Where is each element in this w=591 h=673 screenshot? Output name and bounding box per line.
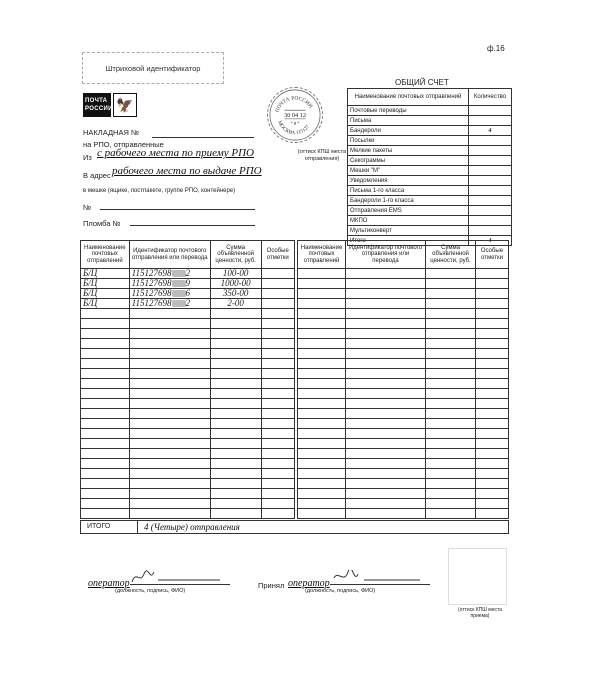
table-cell[interactable] [129, 499, 210, 509]
table-cell[interactable] [210, 499, 261, 509]
table-cell[interactable] [476, 389, 509, 399]
table-row [298, 349, 509, 359]
table-cell[interactable] [210, 349, 261, 359]
table-cell[interactable] [210, 479, 261, 489]
table-cell[interactable] [129, 389, 210, 399]
table-cell[interactable] [81, 409, 130, 419]
table-cell[interactable] [298, 369, 346, 379]
table-cell[interactable] [298, 379, 346, 389]
table-cell[interactable] [261, 509, 295, 519]
table-cell[interactable] [476, 299, 509, 309]
table-cell[interactable] [261, 419, 295, 429]
to-field[interactable]: рабочего места по выдаче РПО [112, 165, 272, 177]
table-cell[interactable] [426, 279, 476, 289]
table-cell[interactable] [81, 449, 130, 459]
total-row: ИТОГО 4 (Четыре) отправления [80, 520, 509, 534]
table-cell[interactable] [261, 409, 295, 419]
table-cell[interactable] [346, 339, 426, 349]
table-cell[interactable] [129, 319, 210, 329]
table-cell[interactable] [129, 359, 210, 369]
table-cell[interactable] [210, 309, 261, 319]
table-cell[interactable] [81, 429, 130, 439]
summary-row-name: МКПО [348, 216, 469, 226]
table-cell[interactable] [210, 359, 261, 369]
shipment-id[interactable]: 1151276982 [129, 299, 210, 309]
table-cell[interactable] [261, 309, 295, 319]
table-cell[interactable] [298, 279, 346, 289]
summary-row-qty[interactable] [469, 146, 512, 156]
total-value: 4 (Четыре) отправления [138, 521, 240, 533]
table-row [81, 459, 295, 469]
table-cell[interactable] [346, 299, 426, 309]
sender-caption: (должность, подпись, ФИО) [115, 588, 185, 594]
table-cell[interactable] [346, 419, 426, 429]
grid-col-header: Наименование почтовых отправлений [298, 241, 346, 269]
table-cell[interactable] [129, 459, 210, 469]
table-row: Б/Ц1151276986350-00 [81, 289, 295, 299]
shipment-id[interactable]: 1151276986 [129, 289, 210, 299]
table-cell[interactable] [129, 399, 210, 409]
table-cell[interactable] [129, 489, 210, 499]
summary-row: Секограммы [348, 156, 512, 166]
special-notes[interactable] [261, 269, 295, 279]
table-cell[interactable] [426, 459, 476, 469]
table-row [81, 319, 295, 329]
seal-label: Пломба № [83, 219, 121, 228]
table-row [298, 309, 509, 319]
table-cell[interactable] [426, 399, 476, 409]
table-cell[interactable] [129, 349, 210, 359]
table-cell[interactable] [81, 419, 130, 429]
table-row [298, 389, 509, 399]
table-cell[interactable] [261, 489, 295, 499]
signature-scribble-icon [130, 570, 230, 584]
shipment-type[interactable]: Б/Ц [81, 269, 130, 279]
table-cell[interactable] [210, 419, 261, 429]
table-cell[interactable] [81, 509, 130, 519]
table-cell[interactable] [129, 369, 210, 379]
grid-col-header: Наименование почтовых отправлений [81, 241, 130, 269]
table-cell[interactable] [210, 319, 261, 329]
table-cell[interactable] [81, 489, 130, 499]
redacted-digits [172, 290, 186, 297]
table-cell[interactable] [346, 279, 426, 289]
table-cell[interactable] [81, 499, 130, 509]
table-cell[interactable] [476, 369, 509, 379]
grid-col-header: Особые отметки [476, 241, 509, 269]
to-label: В адрес [83, 171, 111, 180]
table-row [298, 379, 509, 389]
table-cell[interactable] [476, 459, 509, 469]
table-cell[interactable] [81, 479, 130, 489]
table-cell[interactable] [298, 319, 346, 329]
table-cell[interactable] [298, 299, 346, 309]
table-cell[interactable] [346, 309, 426, 319]
table-cell[interactable] [261, 389, 295, 399]
table-row [298, 299, 509, 309]
table-cell[interactable] [298, 439, 346, 449]
table-cell[interactable] [346, 289, 426, 299]
table-cell[interactable] [426, 479, 476, 489]
table-cell[interactable] [476, 339, 509, 349]
table-cell[interactable] [426, 499, 476, 509]
table-row [81, 489, 295, 499]
redacted-digits [172, 280, 186, 287]
table-cell[interactable] [81, 359, 130, 369]
table-cell[interactable] [81, 329, 130, 339]
table-cell[interactable] [346, 329, 426, 339]
table-cell[interactable] [476, 359, 509, 369]
table-cell[interactable] [298, 389, 346, 399]
summary-row-qty[interactable] [469, 176, 512, 186]
summary-row-name: Мультиконверт [348, 226, 469, 236]
table-cell[interactable] [298, 269, 346, 279]
summary-col-name: Наименование почтовых отправлений [348, 89, 469, 106]
table-cell[interactable] [210, 339, 261, 349]
table-cell[interactable] [261, 399, 295, 409]
table-cell[interactable] [261, 469, 295, 479]
table-cell[interactable] [346, 349, 426, 359]
table-row [81, 449, 295, 459]
summary-row-qty[interactable] [469, 166, 512, 176]
special-notes[interactable] [261, 289, 295, 299]
logo-text: ПОЧТА РОССИИ [83, 93, 111, 117]
table-cell[interactable] [426, 469, 476, 479]
table-cell[interactable] [261, 379, 295, 389]
table-cell[interactable] [476, 379, 509, 389]
table-cell[interactable] [210, 489, 261, 499]
table-cell[interactable] [298, 399, 346, 409]
table-cell[interactable] [426, 449, 476, 459]
shipment-type[interactable]: Б/Ц [81, 279, 130, 289]
table-cell[interactable] [298, 489, 346, 499]
table-cell[interactable] [426, 489, 476, 499]
table-cell[interactable] [261, 359, 295, 369]
table-cell[interactable] [81, 459, 130, 469]
table-cell[interactable] [476, 489, 509, 499]
summary-row-qty[interactable] [469, 106, 512, 116]
table-cell[interactable] [210, 409, 261, 419]
summary-row-qty[interactable] [469, 136, 512, 146]
table-cell[interactable] [129, 379, 210, 389]
table-cell[interactable] [426, 439, 476, 449]
table-cell[interactable] [129, 339, 210, 349]
table-cell[interactable] [346, 429, 426, 439]
table-cell[interactable] [210, 429, 261, 439]
table-cell[interactable] [298, 469, 346, 479]
table-cell[interactable] [346, 359, 426, 369]
table-cell[interactable] [346, 379, 426, 389]
summary-row: Посылки [348, 136, 512, 146]
table-row [81, 339, 295, 349]
table-cell[interactable] [129, 419, 210, 429]
table-cell[interactable] [210, 449, 261, 459]
table-row [298, 279, 509, 289]
table-cell[interactable] [129, 449, 210, 459]
table-row [298, 399, 509, 409]
barcode-label: Штриховой идентификатор [106, 64, 201, 73]
table-cell[interactable] [346, 479, 426, 489]
logo-line1: ПОЧТА [85, 97, 109, 105]
table-cell[interactable] [426, 359, 476, 369]
summary-row-name: Уведомления [348, 176, 469, 186]
table-cell[interactable] [346, 369, 426, 379]
table-cell[interactable] [426, 419, 476, 429]
summary-row-qty[interactable] [469, 186, 512, 196]
summary-row-name: Бандероли 1-го класса [348, 196, 469, 206]
table-cell[interactable] [129, 469, 210, 479]
receive-stamp-box [448, 548, 507, 605]
table-cell[interactable] [129, 409, 210, 419]
table-cell[interactable] [210, 469, 261, 479]
summary-row: Мультиконверт [348, 226, 512, 236]
summary-row: Мешки "М" [348, 166, 512, 176]
table-cell[interactable] [476, 449, 509, 459]
table-cell[interactable] [81, 399, 130, 409]
summary-row-name: Письма [348, 116, 469, 126]
summary-row: Мелкие пакеты [348, 146, 512, 156]
table-row [298, 499, 509, 509]
svg-text:ПОЧТА РОССИИ: ПОЧТА РОССИИ [274, 95, 313, 113]
table-cell[interactable] [476, 269, 509, 279]
sender-signature-field[interactable] [130, 570, 230, 585]
table-cell[interactable] [298, 449, 346, 459]
summary-row-qty[interactable]: 4 [469, 126, 512, 136]
declared-value[interactable]: 2-00 [210, 299, 261, 309]
table-row [298, 489, 509, 499]
table-cell[interactable] [298, 429, 346, 439]
declared-value[interactable]: 1000-00 [210, 279, 261, 289]
grid-col-header: Особые отметки [261, 241, 295, 269]
receiver-signature-field[interactable] [330, 570, 430, 585]
table-cell[interactable] [210, 379, 261, 389]
summary-row-qty[interactable] [469, 116, 512, 126]
table-cell[interactable] [426, 339, 476, 349]
table-cell[interactable] [426, 409, 476, 419]
table-cell[interactable] [298, 479, 346, 489]
summary-row: Уведомления [348, 176, 512, 186]
summary-row-qty[interactable] [469, 196, 512, 206]
special-notes[interactable] [261, 299, 295, 309]
table-row [298, 329, 509, 339]
table-cell[interactable] [261, 479, 295, 489]
signature-scribble-icon [330, 570, 430, 584]
table-cell[interactable] [346, 439, 426, 449]
table-cell[interactable] [298, 349, 346, 359]
seal-field[interactable] [130, 222, 255, 226]
table-cell[interactable] [426, 509, 476, 519]
table-cell[interactable] [129, 439, 210, 449]
summary-row: Отправления EMS [348, 206, 512, 216]
table-cell[interactable] [298, 289, 346, 299]
table-cell[interactable] [426, 429, 476, 439]
table-cell[interactable] [261, 459, 295, 469]
table-row [298, 449, 509, 459]
summary-row-name: Секограммы [348, 156, 469, 166]
table-cell[interactable] [81, 309, 130, 319]
table-cell[interactable] [261, 449, 295, 459]
table-cell[interactable] [298, 499, 346, 509]
summary-row-qty[interactable] [469, 216, 512, 226]
table-cell[interactable] [346, 389, 426, 399]
table-row [81, 389, 295, 399]
shipment-type[interactable]: Б/Ц [81, 289, 130, 299]
table-cell[interactable] [426, 349, 476, 359]
table-cell[interactable] [81, 369, 130, 379]
number-label: № [83, 203, 91, 212]
table-cell[interactable] [426, 379, 476, 389]
declared-value[interactable]: 100-00 [210, 269, 261, 279]
shipment-id[interactable]: 1151276989 [129, 279, 210, 289]
stamp-letter: * а * [291, 121, 299, 126]
summary-title: ОБЩИЙ СЧЕТ [395, 78, 449, 87]
table-cell[interactable] [298, 339, 346, 349]
number-field[interactable] [100, 206, 255, 210]
table-cell[interactable] [346, 449, 426, 459]
table-cell[interactable] [346, 489, 426, 499]
eagle-emblem-icon: 🦅 [113, 93, 137, 117]
summary-row-qty[interactable] [469, 226, 512, 236]
table-cell[interactable] [261, 499, 295, 509]
table-cell[interactable] [210, 389, 261, 399]
from-field[interactable]: с рабочего места по приему РПО [97, 147, 263, 159]
table-cell[interactable] [298, 359, 346, 369]
summary-row-name: Бандероли [348, 126, 469, 136]
table-cell[interactable] [129, 309, 210, 319]
table-cell[interactable] [81, 469, 130, 479]
table-cell[interactable] [298, 419, 346, 429]
table-cell[interactable] [298, 459, 346, 469]
redacted-digits [172, 270, 186, 277]
table-cell[interactable] [476, 469, 509, 479]
grid-col-header: Идентификатор почтового отправления или … [346, 241, 426, 269]
table-cell[interactable] [210, 399, 261, 409]
summary-row-name: Мелкие пакеты [348, 146, 469, 156]
table-row [298, 419, 509, 429]
table-cell[interactable] [426, 269, 476, 279]
table-cell[interactable] [476, 409, 509, 419]
table-cell[interactable] [261, 319, 295, 329]
table-cell[interactable] [81, 319, 130, 329]
shipment-id-prefix: 115127698 [132, 298, 172, 308]
summary-row-name: Почтовые переводы [348, 106, 469, 116]
table-cell[interactable] [261, 329, 295, 339]
table-row [81, 469, 295, 479]
table-cell[interactable] [426, 309, 476, 319]
table-cell[interactable] [81, 389, 130, 399]
summary-table: Наименование почтовых отправлений Количе… [347, 88, 512, 246]
table-cell[interactable] [210, 459, 261, 469]
table-cell[interactable] [476, 439, 509, 449]
special-notes[interactable] [261, 279, 295, 289]
table-cell[interactable] [129, 479, 210, 489]
shipments-table-left: Наименование почтовых отправленийИдентиф… [80, 240, 295, 519]
table-row [298, 369, 509, 379]
invoice-number-field[interactable] [152, 130, 254, 138]
table-cell[interactable] [476, 309, 509, 319]
table-cell[interactable] [476, 289, 509, 299]
table-cell[interactable] [210, 439, 261, 449]
table-cell[interactable] [129, 329, 210, 339]
declared-value[interactable]: 350-00 [210, 289, 261, 299]
table-cell[interactable] [426, 289, 476, 299]
table-row: Б/Ц11512769822-00 [81, 299, 295, 309]
table-cell[interactable] [261, 439, 295, 449]
shipment-id-suffix: 9 [186, 278, 191, 288]
table-cell[interactable] [298, 329, 346, 339]
table-cell[interactable] [346, 269, 426, 279]
table-cell[interactable] [346, 499, 426, 509]
table-row [298, 429, 509, 439]
table-row [81, 439, 295, 449]
table-cell[interactable] [476, 399, 509, 409]
table-cell[interactable] [346, 459, 426, 469]
table-cell[interactable] [129, 429, 210, 439]
table-cell[interactable] [210, 509, 261, 519]
table-cell[interactable] [476, 429, 509, 439]
table-cell[interactable] [426, 389, 476, 399]
summary-row-qty[interactable] [469, 156, 512, 166]
table-cell[interactable] [346, 319, 426, 329]
receiver-label: Принял [258, 581, 284, 590]
table-cell[interactable] [346, 469, 426, 479]
table-cell[interactable] [129, 509, 210, 519]
table-cell[interactable] [210, 329, 261, 339]
table-cell[interactable] [81, 379, 130, 389]
table-cell[interactable] [476, 329, 509, 339]
table-cell[interactable] [81, 439, 130, 449]
shipment-type[interactable]: Б/Ц [81, 299, 130, 309]
table-row [298, 409, 509, 419]
table-cell[interactable] [210, 369, 261, 379]
form-code: ф.16 [487, 44, 505, 53]
table-cell[interactable] [261, 349, 295, 359]
table-cell[interactable] [476, 419, 509, 429]
table-row [81, 359, 295, 369]
table-cell[interactable] [298, 409, 346, 419]
receiver-caption: (должность, подпись, ФИО) [305, 588, 375, 594]
table-cell[interactable] [261, 429, 295, 439]
shipment-id-prefix: 115127698 [132, 278, 172, 288]
table-cell[interactable] [426, 319, 476, 329]
table-cell[interactable] [81, 339, 130, 349]
shipment-id-prefix: 115127698 [132, 288, 172, 298]
table-cell[interactable] [426, 329, 476, 339]
table-cell[interactable] [476, 499, 509, 509]
table-cell[interactable] [346, 399, 426, 409]
table-cell[interactable] [261, 369, 295, 379]
table-cell[interactable] [476, 349, 509, 359]
table-row [298, 319, 509, 329]
table-cell[interactable] [298, 309, 346, 319]
table-row [298, 459, 509, 469]
shipment-id[interactable]: 1151276982 [129, 269, 210, 279]
table-cell[interactable] [261, 339, 295, 349]
table-cell[interactable] [426, 299, 476, 309]
table-cell[interactable] [426, 369, 476, 379]
table-cell[interactable] [346, 509, 426, 519]
table-cell[interactable] [81, 349, 130, 359]
table-cell[interactable] [346, 409, 426, 419]
table-cell[interactable] [476, 319, 509, 329]
barcode-box: Штриховой идентификатор [82, 52, 224, 84]
summary-row-qty[interactable] [469, 206, 512, 216]
table-cell[interactable] [476, 479, 509, 489]
table-cell[interactable] [298, 509, 346, 519]
summary-row-name: Мешки "М" [348, 166, 469, 176]
table-cell[interactable] [476, 509, 509, 519]
table-cell[interactable] [476, 279, 509, 289]
